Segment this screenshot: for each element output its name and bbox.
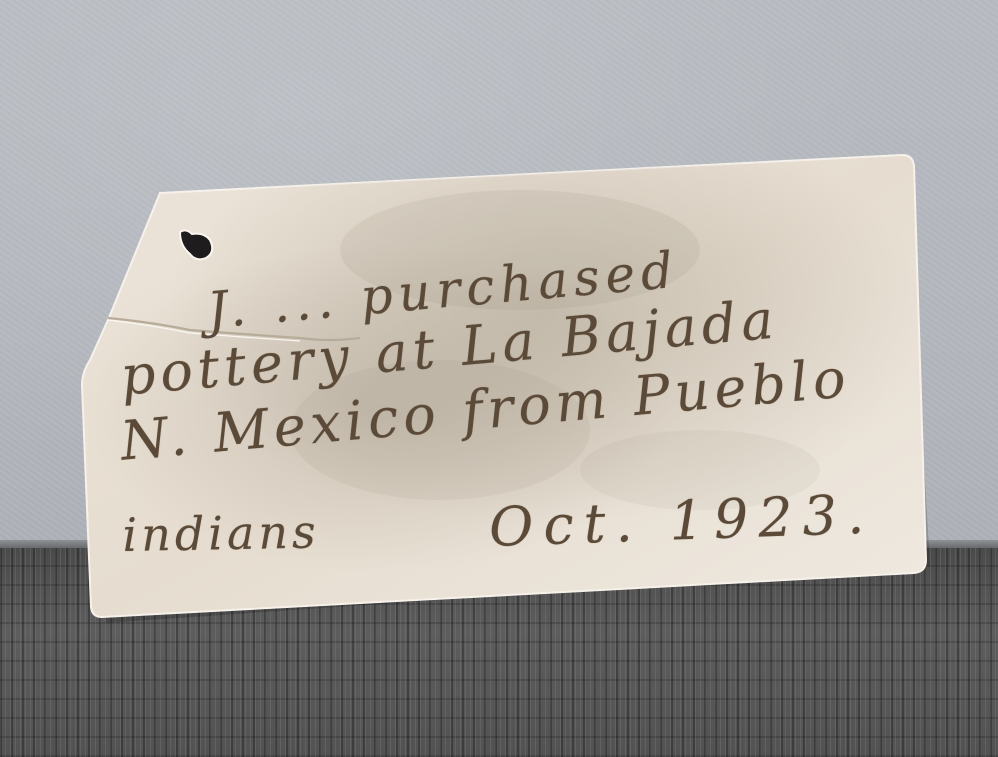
paper-tag [0,0,998,757]
paper-tag-shape [0,0,998,757]
